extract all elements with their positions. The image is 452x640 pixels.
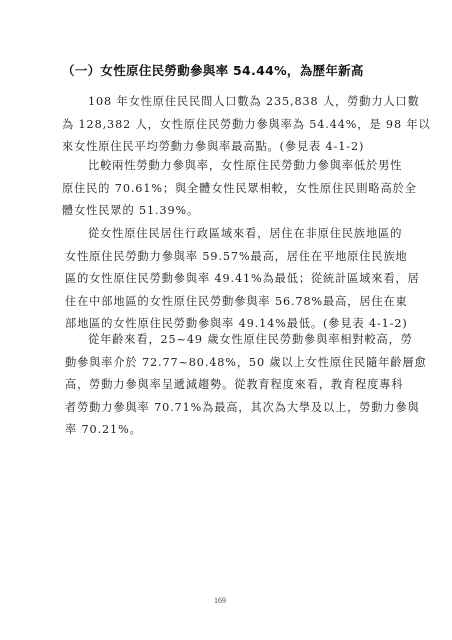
text-line: 從女性原住民居住行政區域來看，居住在非原住民族地區的 [62,223,398,246]
text-line: 區的女性原住民勞動參與率 49.41%為最低；從統計區域來看，居 [62,268,398,291]
paragraph-region: 從女性原住民居住行政區域來看，居住在非原住民族地區的 女性原住民勞動力參與率 5… [62,223,398,336]
paragraph-age-education: 從年齡來看，25~49 歲女性原住民勞動參與率相對較高，勞 動參與率介於 72.… [62,329,398,442]
page-number: 169 [214,596,226,605]
text-line: 為 128,382 人，女性原住民勞動力參與率為 54.44%，是 98 年以 [62,114,398,137]
text-line: 比較兩性勞動力參與率，女性原住民勞動力參與率低於男性 [62,155,398,178]
text-line: 體女性民眾的 51.39%。 [62,200,398,223]
document-page: （一）女性原住民勞動參與率 54.44%，為歷年新高 108 年女性原住民民間人… [0,0,452,640]
text-line: 者勞動力參與率 70.71%為最高，其次為大學及以上，勞動力參與 [62,397,398,420]
text-line: 率 70.21%。 [62,419,398,442]
text-line: 女性原住民勞動力參與率 59.57%最高，居住在平地原住民族地 [62,246,398,269]
section-heading: （一）女性原住民勞動參與率 54.44%，為歷年新高 [62,61,364,79]
text-line: 原住民的 70.61%；與全體女性民眾相較，女性原住民則略高於全 [62,178,398,201]
text-line: 動參與率介於 72.77~80.48%，50 歲以上女性原住民隨年齡層愈 [62,352,398,375]
text-line: 從年齡來看，25~49 歲女性原住民勞動參與率相對較高，勞 [62,329,398,352]
text-line: 住在中部地區的女性原住民勞動參與率 56.78%最高，居住在東 [62,291,398,314]
paragraph-gender-comparison: 比較兩性勞動力參與率，女性原住民勞動力參與率低於男性 原住民的 70.61%；與… [62,155,398,223]
text-line: 108 年女性原住民民間人口數為 235,838 人，勞動力人口數 [62,91,398,114]
text-line: 高，勞動力參與率呈遞減趨勢。從教育程度來看，教育程度專科 [62,374,398,397]
paragraph-population: 108 年女性原住民民間人口數為 235,838 人，勞動力人口數 為 128,… [62,91,398,159]
